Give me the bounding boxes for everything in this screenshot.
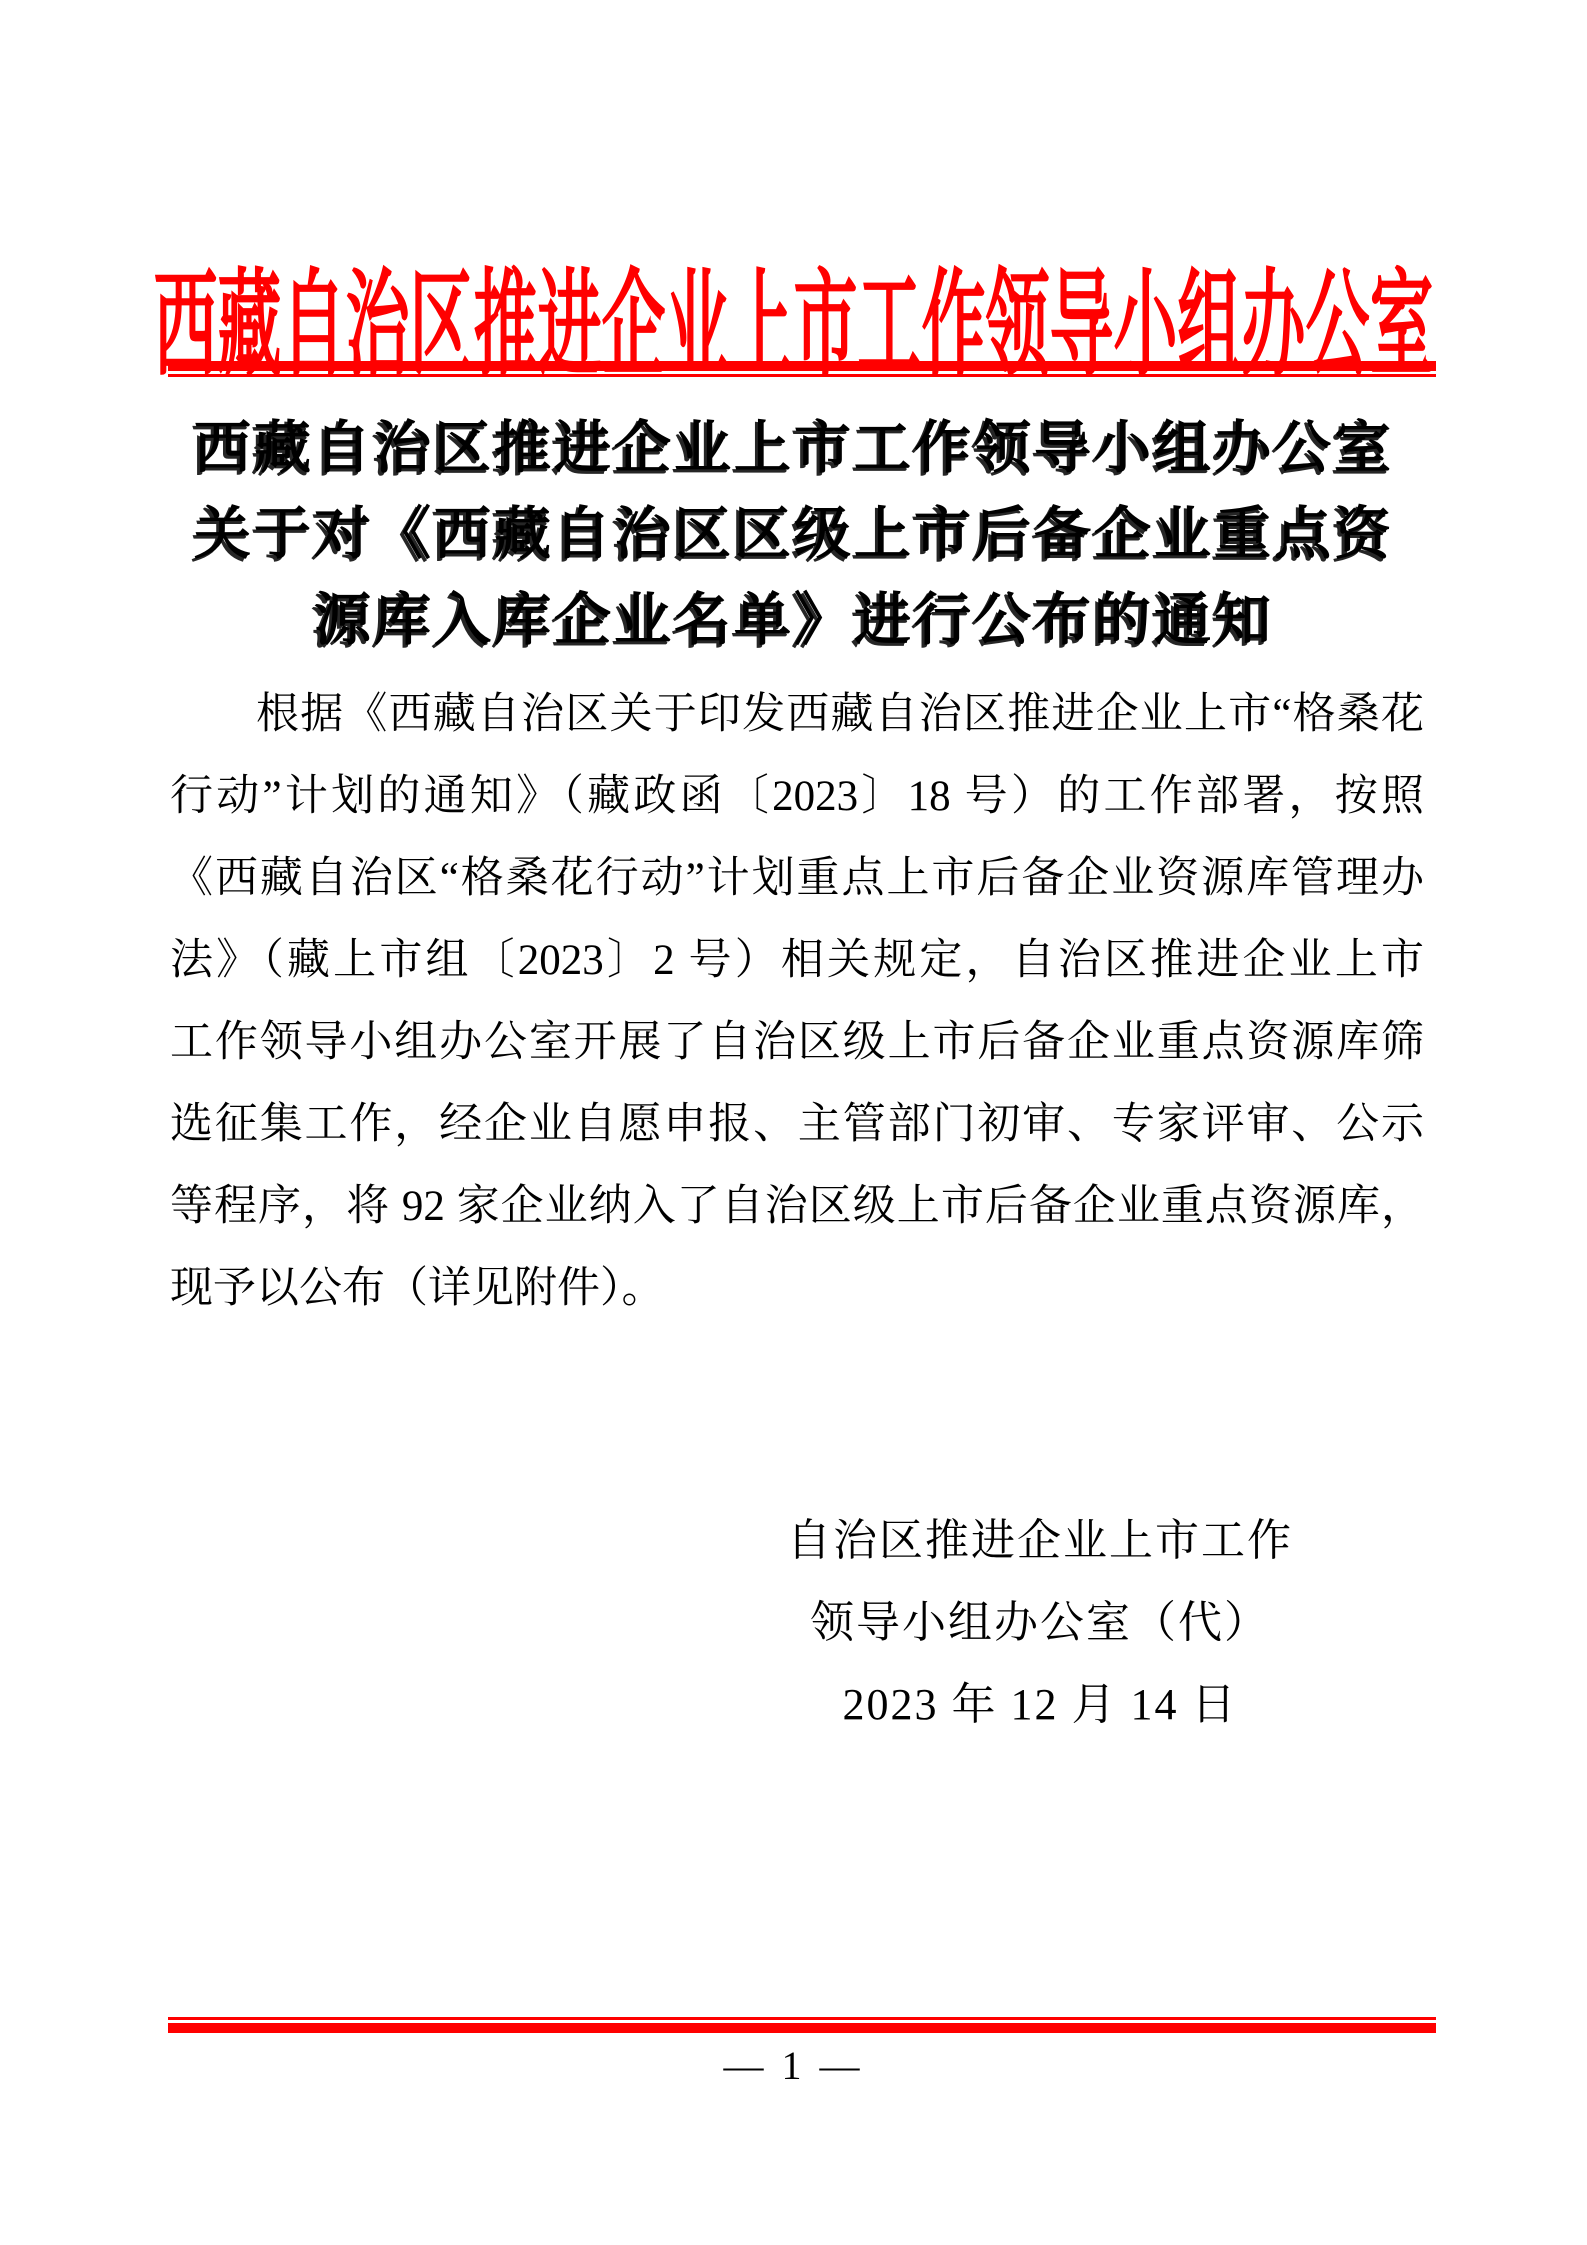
red-divider-bottom-thin-bar (168, 2017, 1436, 2020)
letterhead-banner: 西藏自治区推进企业上市工作领导小组办公室 (0, 232, 1587, 324)
document-title: 西藏自治区推进企业上市工作领导小组办公室 关于对《西藏自治区区级上市后备企业重点… (160, 406, 1428, 664)
red-divider-bottom-thick-bar (168, 2023, 1436, 2033)
page-number: — 1 — (0, 2042, 1587, 2089)
document-page: 西藏自治区推进企业上市工作领导小组办公室 西藏自治区推进企业上市工作领导小组办公… (0, 0, 1587, 2245)
title-line-2: 关于对《西藏自治区区级上市后备企业重点资 (160, 492, 1428, 578)
body-line: 《西藏自治区“格桑花行动”计划重点上市后备企业资源库管理办 (170, 838, 1424, 920)
red-divider-bottom (168, 2017, 1436, 2033)
red-divider-top-thin-bar (168, 374, 1436, 377)
document-body: 根据《西藏自治区关于印发西藏自治区推进企业上市“格桑花 行动”计划的通知》（藏政… (170, 674, 1424, 1330)
signature-block: 自治区推进企业上市工作 领导小组办公室（代） 2023 年 12 月 14 日 (540, 1500, 1540, 1746)
title-line-1: 西藏自治区推进企业上市工作领导小组办公室 (160, 406, 1428, 492)
signature-date: 2023 年 12 月 14 日 (540, 1664, 1540, 1746)
body-line: 根据《西藏自治区关于印发西藏自治区推进企业上市“格桑花 (170, 674, 1424, 756)
body-line: 法》（藏上市组〔2023〕2 号）相关规定，自治区推进企业上市 (170, 920, 1424, 1002)
body-line: 工作领导小组办公室开展了自治区级上市后备企业重点资源库筛 (170, 1002, 1424, 1084)
title-line-3: 源库入库企业名单》进行公布的通知 (160, 578, 1428, 664)
body-line: 等程序，将 92 家企业纳入了自治区级上市后备企业重点资源库， (170, 1166, 1424, 1248)
red-divider-top-thick-bar (168, 361, 1436, 371)
signature-org-line-2: 领导小组办公室（代） (540, 1582, 1540, 1664)
body-line: 行动”计划的通知》（藏政函〔2023〕18 号）的工作部署，按照 (170, 756, 1424, 838)
body-line: 现予以公布（详见附件）。 (170, 1248, 1424, 1330)
red-divider-top (168, 361, 1436, 377)
signature-org-line-1: 自治区推进企业上市工作 (540, 1500, 1540, 1582)
body-line: 选征集工作，经企业自愿申报、主管部门初审、专家评审、公示 (170, 1084, 1424, 1166)
